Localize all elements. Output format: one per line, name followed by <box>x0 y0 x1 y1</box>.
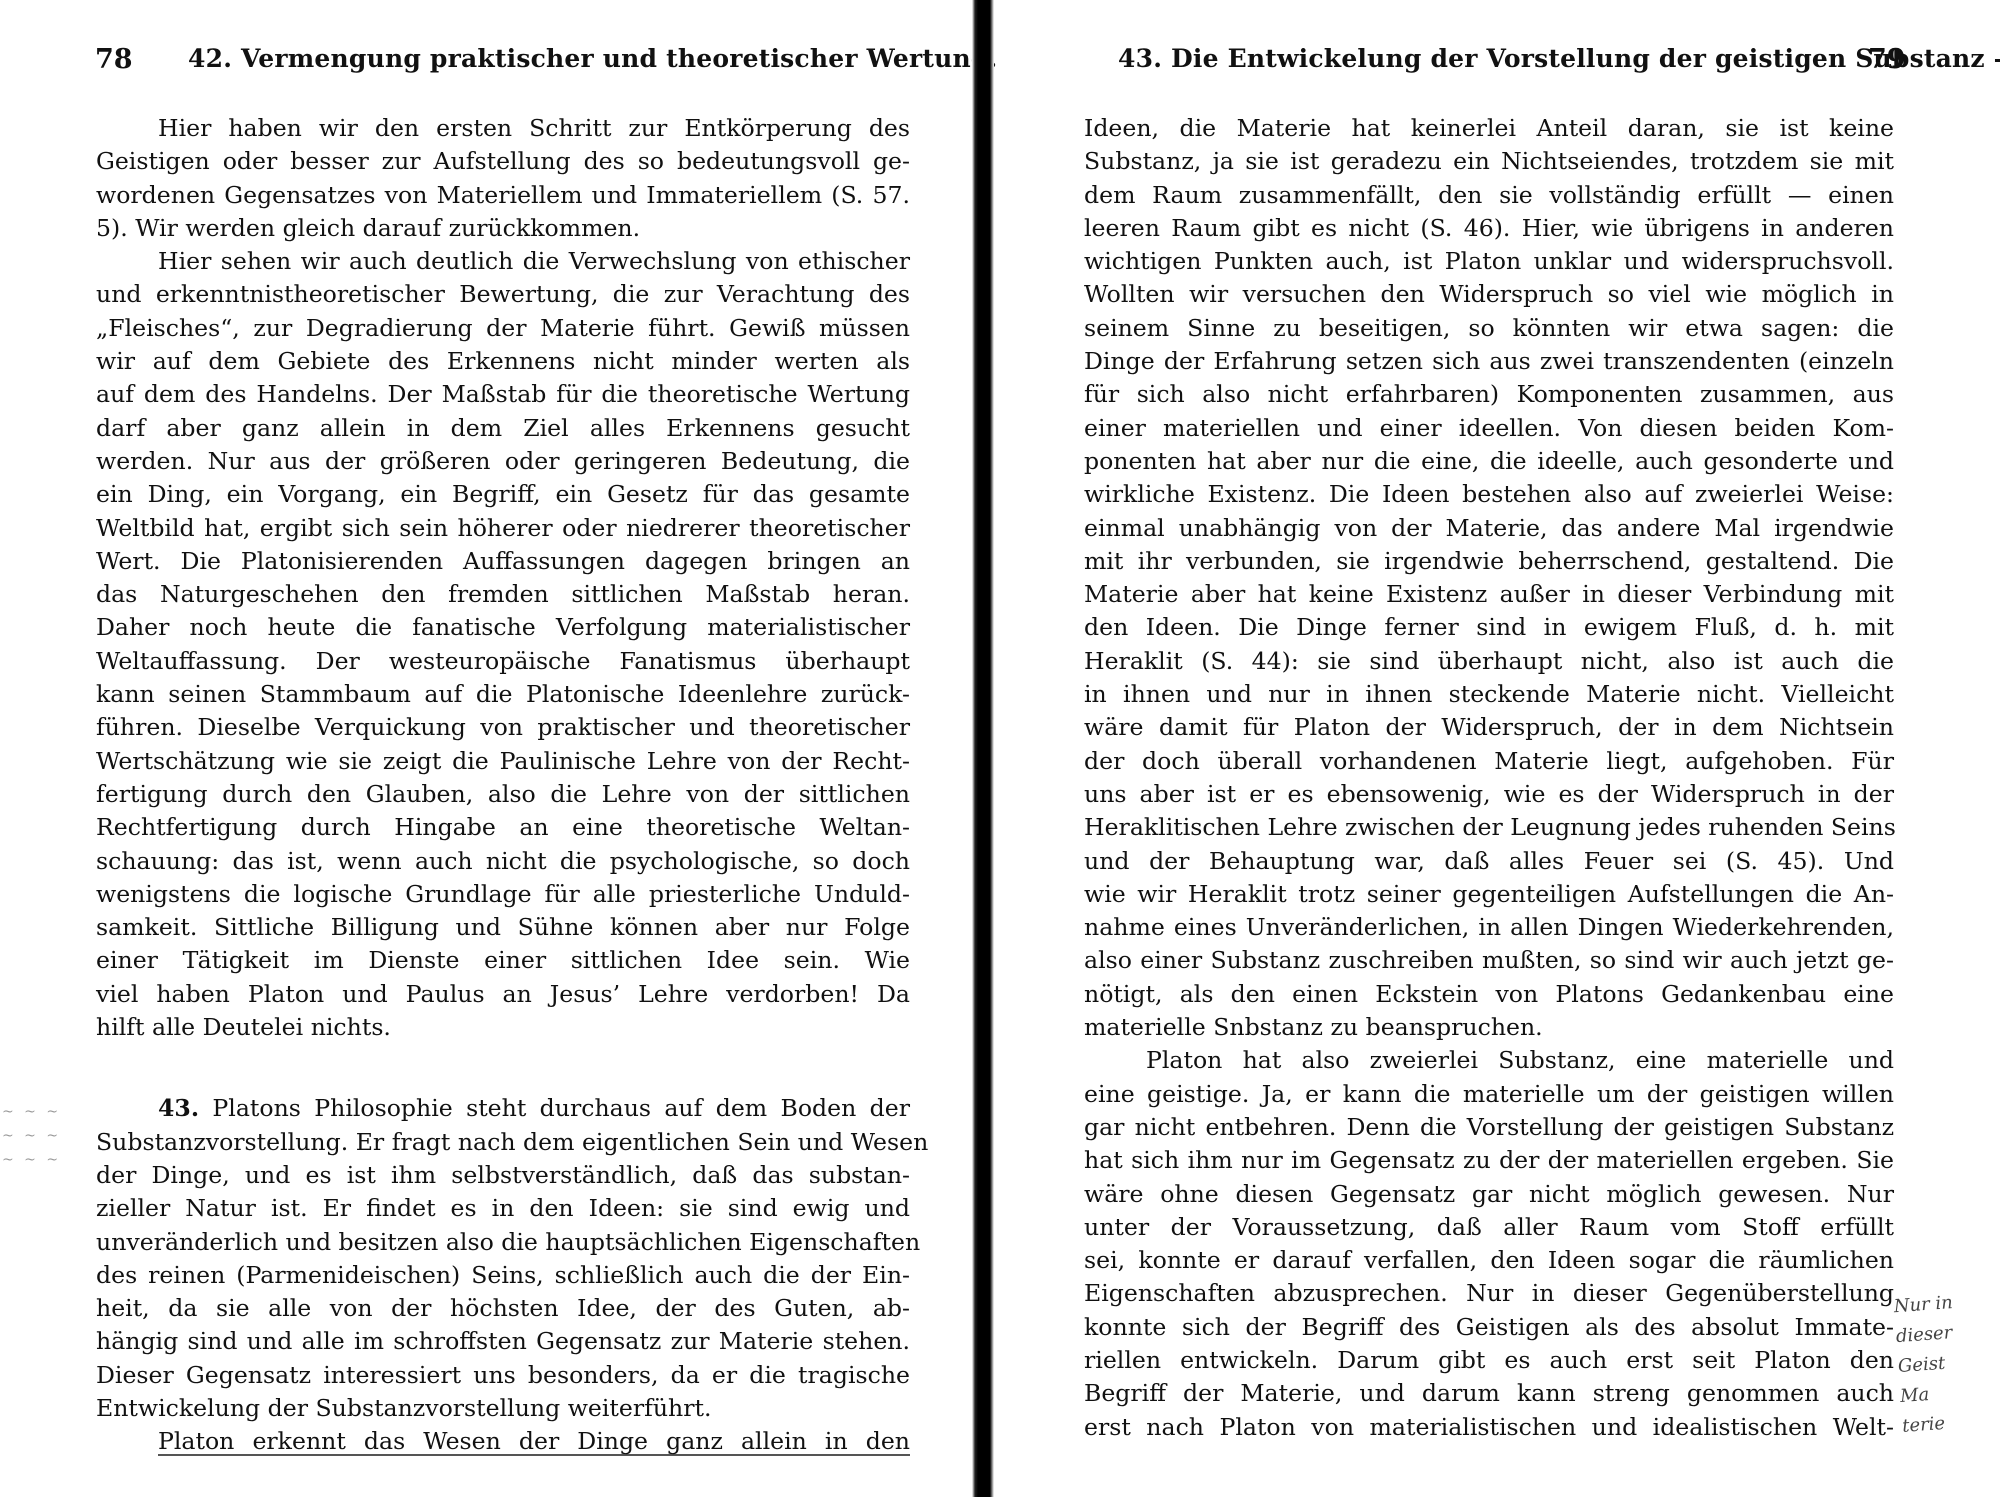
text-line: den Ideen. Die Dinge ferner sind in ewig… <box>1084 611 1894 644</box>
text-line: unveränderlich und besitzen also die hau… <box>96 1226 910 1259</box>
text-line: nahme eines Unveränderlichen, in allen D… <box>1084 911 1894 944</box>
text-line: Dieser Gegensatz interessiert uns besond… <box>96 1359 910 1392</box>
text-line: ein Ding, ein Vorgang, ein Begriff, ein … <box>96 478 910 511</box>
text-line: leeren Raum gibt es nicht (S. 46). Hier,… <box>1084 212 1894 245</box>
text-line: werden. Nur aus der größeren oder gering… <box>96 445 910 478</box>
text-line: hat sich ihm nur im Gegensatz zu der der… <box>1084 1144 1894 1177</box>
text-line: der doch überall vorhandenen Materie lie… <box>1084 745 1894 778</box>
text-line: Platon erkennt das Wesen der Dinge ganz … <box>96 1425 910 1458</box>
right-page: 43. Die Entwickelung der Vorstellung der… <box>1000 0 2000 1497</box>
page-number-right: 79 <box>1868 44 1906 75</box>
text-line: Ideen, die Materie hat keinerlei Anteil … <box>1084 112 1894 145</box>
text-line: Substanz, ja sie ist geradezu ein Nichts… <box>1084 145 1894 178</box>
text-line: Hier haben wir den ersten Schritt zur En… <box>96 112 910 145</box>
text-line: erst nach Platon von materialistischen u… <box>1084 1411 1894 1444</box>
text-line: hängig sind und alle im schroffsten Gege… <box>96 1325 910 1358</box>
text-line: darf aber ganz allein in dem Ziel alles … <box>96 412 910 445</box>
section-number: 43. <box>158 1094 199 1122</box>
text-line: Weltauffassung. Der westeuropäische Fana… <box>96 645 910 678</box>
text-line: Wertschätzung wie sie zeigt die Paulinis… <box>96 745 910 778</box>
text-line: heit, da sie alle von der höchsten Idee,… <box>96 1292 910 1325</box>
text-line: mit ihr verbunden, sie irgendwie beherrs… <box>1084 545 1894 578</box>
text-line: das Naturgeschehen den fremden sittliche… <box>96 578 910 611</box>
text-line: Heraklitischen Lehre zwischen der Leugnu… <box>1084 811 1894 844</box>
text-line: Weltbild hat, ergibt sich sein höherer o… <box>96 512 910 545</box>
text-line: Materie aber hat keine Existenz außer in… <box>1084 578 1894 611</box>
text-line: riellen entwickeln. Darum gibt es auch e… <box>1084 1344 1894 1377</box>
text-line: kann seinen Stammbaum auf die Platonisch… <box>96 678 910 711</box>
text-line: Heraklit (S. 44): sie sind überhaupt nic… <box>1084 645 1894 678</box>
section-heading-line: 43. Platons Philosophie steht durchaus a… <box>96 1092 910 1125</box>
text-line: Daher noch heute die fanatische Verfolgu… <box>96 611 910 644</box>
text-line: auf dem des Handelns. Der Maßstab für di… <box>96 378 910 411</box>
text-line: Geistigen oder besser zur Aufstellung de… <box>96 145 910 178</box>
text-line: Hier sehen wir auch deutlich die Verwech… <box>96 245 910 278</box>
text-line: unter der Voraussetzung, daß aller Raum … <box>1084 1211 1894 1244</box>
text-line: Dinge der Erfahrung setzen sich aus zwei… <box>1084 345 1894 378</box>
text-line: hilft alle Deutelei nichts. <box>96 1011 910 1044</box>
text-line: sei, konnte er darauf verfallen, den Ide… <box>1084 1244 1894 1277</box>
text-line: wäre ohne diesen Gegensatz gar nicht mög… <box>1084 1178 1894 1211</box>
text-line: „Fleisches“, zur Degradierung der Materi… <box>96 312 910 345</box>
text-line: Entwickelung der Substanzvorstellung wei… <box>96 1392 910 1425</box>
text-line: materielle Snbstanz zu beanspruchen. <box>1084 1011 1894 1044</box>
margin-scribble-left: ~ ~ ~ ~ ~ ~ ~ ~ ~ <box>2 1100 61 1172</box>
section-break <box>96 1044 910 1092</box>
text-line: und der Behauptung war, daß alles Feuer … <box>1084 845 1894 878</box>
text-line: zieller Natur ist. Er findet es in den I… <box>96 1192 910 1225</box>
page-number-left: 78 <box>95 44 133 75</box>
text-line: wir auf dem Gebiete des Erkennens nicht … <box>96 345 910 378</box>
text-line: Wert. Die Platonisierenden Auffassungen … <box>96 545 910 578</box>
text-line: wichtigen Punkten auch, ist Platon unkla… <box>1084 245 1894 278</box>
text-line: seinem Sinne zu beseitigen, so könnten w… <box>1084 312 1894 345</box>
text-line: also einer Substanz zuschreiben mußten, … <box>1084 944 1894 977</box>
text-line: Begriff der Materie, und darum kann stre… <box>1084 1377 1894 1410</box>
text-line: Wollten wir versuchen den Widerspruch so… <box>1084 278 1894 311</box>
left-body-text: Hier haben wir den ersten Schritt zur En… <box>96 112 910 1459</box>
text-line: wie wir Heraklit trotz seiner gegenteili… <box>1084 878 1894 911</box>
text-line: eine geistige. Ja, er kann die materiell… <box>1084 1078 1894 1111</box>
text-line: Substanzvorstellung. Er fragt nach dem e… <box>96 1126 910 1159</box>
text-line: für sich also nicht erfahrbaren) Kompone… <box>1084 378 1894 411</box>
handwritten-margin-note: Nur in dieser Geist Ma terie <box>1893 1288 1962 1442</box>
text-line: schauung: das ist, wenn auch nicht die p… <box>96 845 910 878</box>
text-line: Eigenschaften abzusprechen. Nur in diese… <box>1084 1277 1894 1310</box>
text-line: wenigstens die logische Grundlage für al… <box>96 878 910 911</box>
section-first-line: Platons Philosophie steht durchaus auf d… <box>212 1094 910 1122</box>
text-line: nötigt, als den einen Eckstein von Plato… <box>1084 978 1894 1011</box>
text-line: Rechtfertigung durch Hingabe an eine the… <box>96 811 910 844</box>
right-body-text: Ideen, die Materie hat keinerlei Anteil … <box>1084 112 1894 1444</box>
book-gutter <box>972 0 994 1497</box>
text-line: uns aber ist er es ebensowenig, wie es d… <box>1084 778 1894 811</box>
text-line: einmal unabhängig von der Materie, das a… <box>1084 512 1894 545</box>
text-line: wordenen Gegensatzes von Materiellem und… <box>96 179 910 212</box>
left-page: 78 42. Vermengung praktischer und theore… <box>0 0 975 1497</box>
running-head-left: 42. Vermengung praktischer und theoretis… <box>188 44 997 73</box>
text-line: wirkliche Existenz. Die Ideen bestehen a… <box>1084 478 1894 511</box>
text-line: Platon hat also zweierlei Substanz, eine… <box>1084 1044 1894 1077</box>
text-line: dem Raum zusammenfällt, den sie vollstän… <box>1084 179 1894 212</box>
text-line: konnte sich der Begriff des Geistigen al… <box>1084 1311 1894 1344</box>
text-line: der Dinge, und es ist ihm selbstverständ… <box>96 1159 910 1192</box>
text-line: wäre damit für Platon der Widerspruch, d… <box>1084 711 1894 744</box>
text-line: samkeit. Sittliche Billigung und Sühne k… <box>96 911 910 944</box>
text-line: fertigung durch den Glauben, also die Le… <box>96 778 910 811</box>
text-line: in ihnen und nur in ihnen steckende Mate… <box>1084 678 1894 711</box>
text-line: des reinen (Parmenideischen) Seins, schl… <box>96 1259 910 1292</box>
text-line: viel haben Platon und Paulus an Jesus’ L… <box>96 978 910 1011</box>
text-line: führen. Dieselbe Verquickung von praktis… <box>96 711 910 744</box>
text-line: einer Tätigkeit im Dienste einer sittlic… <box>96 944 910 977</box>
text-line: und erkenntnistheoretischer Bewertung, d… <box>96 278 910 311</box>
text-line: 5). Wir werden gleich darauf zurückkomme… <box>96 212 910 245</box>
text-line: einer materiellen und einer ideellen. Vo… <box>1084 412 1894 445</box>
text-line: ponenten hat aber nur die eine, die idee… <box>1084 445 1894 478</box>
text-line: gar nicht entbehren. Denn die Vorstellun… <box>1084 1111 1894 1144</box>
